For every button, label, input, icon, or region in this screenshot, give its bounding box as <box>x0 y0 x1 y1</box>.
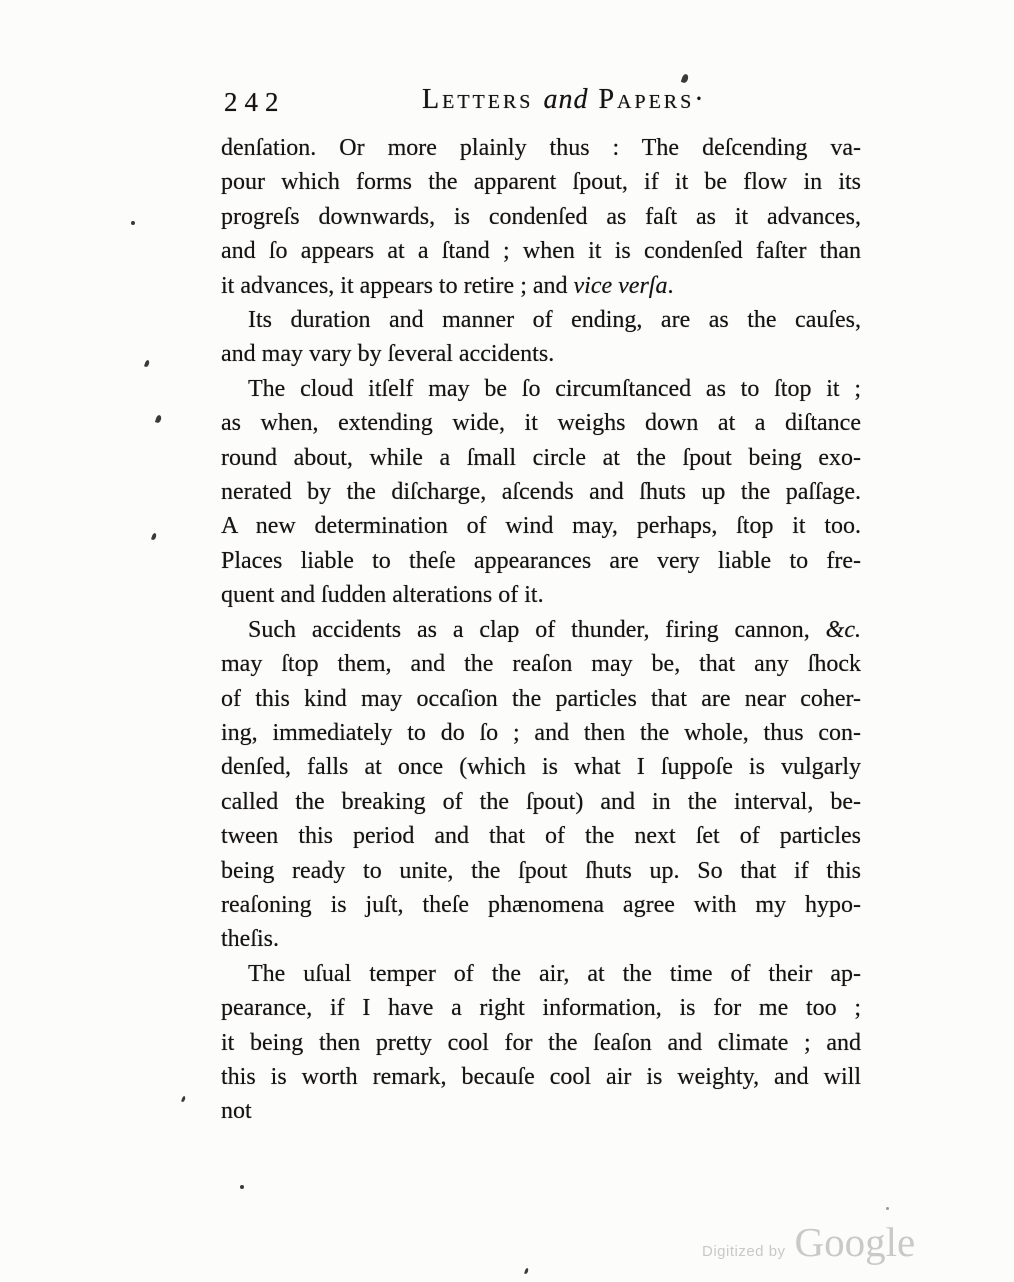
text-segment: ing, immediately to do ſo ; and then the… <box>221 720 861 746</box>
text-segment: may ſtop them, and the reaſon may be, th… <box>221 651 861 677</box>
text-segment: denſed, falls at once (which is what I ſ… <box>221 754 861 780</box>
text-segment: pearance, if I have a right information,… <box>221 995 861 1021</box>
text-line: it advances, it appears to retire ; and … <box>221 269 861 303</box>
text-segment: theſis. <box>221 926 279 952</box>
text-line: A new determination of wind may, perhaps… <box>221 509 861 543</box>
text-line: reaſoning is juſt, theſe phænomena agree… <box>221 888 861 922</box>
text-segment: pour which forms the apparent ſpout, if … <box>221 169 861 195</box>
text-line: and ſo appears at a ſtand ; when it is c… <box>221 234 861 268</box>
text-line: Such accidents as a clap of thunder, fir… <box>221 613 861 647</box>
text-segment: as when, extending wide, it weighs down … <box>221 410 861 436</box>
text-segment: reaſoning is juſt, theſe phænomena agree… <box>221 892 861 918</box>
text-segment: A new determination of wind may, perhaps… <box>221 513 861 539</box>
running-title-and: and <box>543 84 588 115</box>
text-line: it being then pretty cool for the ſeaſon… <box>221 1026 861 1060</box>
text-line: ing, immediately to do ſo ; and then the… <box>221 716 861 750</box>
ink-speck <box>181 1096 186 1103</box>
catchword: not <box>221 1094 861 1128</box>
text-line: round about, while a ſmall circle at the… <box>221 441 861 475</box>
text-segment: nerated by the diſcharge, aſcends and ſh… <box>221 479 861 505</box>
text-line: tween this period and that of the next ſ… <box>221 819 861 853</box>
ink-speck <box>151 533 157 541</box>
text-segment: and ſo appears at a ſtand ; when it is c… <box>221 238 861 264</box>
text-line: theſis. <box>221 922 861 956</box>
ink-speck <box>144 360 150 368</box>
page-number: 242 <box>224 87 286 118</box>
text-segment: it advances, it appears to retire ; and <box>221 273 574 299</box>
text-segment: this is worth remark, becauſe cool air i… <box>221 1064 861 1090</box>
paragraph: Its duration and manner of ending, are a… <box>221 303 861 372</box>
text-segment: progreſs downwards, is condenſed as faſt… <box>221 204 861 230</box>
text-segment: The cloud itſelf may be ſo circumſtanced… <box>248 376 861 402</box>
text-line: this is worth remark, becauſe cool air i… <box>221 1060 861 1094</box>
text-segment: Places liable to theſe appearances are v… <box>221 548 861 574</box>
text-line: of this kind may occaſion the particles … <box>221 682 861 716</box>
text-line: Places liable to theſe appearances are v… <box>221 544 861 578</box>
italic-text: &c. <box>826 617 861 643</box>
running-title: Letters and Papers· <box>422 84 707 116</box>
text-segment: Its duration and manner of ending, are a… <box>248 307 861 333</box>
watermark-prefix: Digitized by <box>702 1243 786 1260</box>
text-segment: being ready to unite, the ſpout ſhuts up… <box>221 858 861 884</box>
text-line: may ſtop them, and the reaſon may be, th… <box>221 647 861 681</box>
ink-speck <box>886 1207 889 1210</box>
text-line: being ready to unite, the ſpout ſhuts up… <box>221 854 861 888</box>
text-segment: Such accidents as a clap of thunder, fir… <box>248 617 826 643</box>
text-line: denſed, falls at once (which is what I ſ… <box>221 750 861 784</box>
text-segment: called the breaking of the ſpout) and in… <box>221 789 861 815</box>
text-segment: tween this period and that of the next ſ… <box>221 823 861 849</box>
ink-speck <box>240 1185 244 1189</box>
italic-text: vice verſa <box>574 273 668 299</box>
paragraph: The uſual temper of the air, at the time… <box>221 957 861 1095</box>
text-segment: denſation. Or more plainly thus : The de… <box>221 135 861 161</box>
text-line: and may vary by ſeveral accidents. <box>221 337 861 371</box>
text-segment: . <box>667 273 673 299</box>
text-line: Its duration and manner of ending, are a… <box>221 303 861 337</box>
text-line: quent and ſudden alterations of it. <box>221 578 861 612</box>
text-segment: it being then pretty cool for the ſeaſon… <box>221 1030 861 1056</box>
text-segment: quent and ſudden alterations of it. <box>221 582 544 608</box>
running-title-letters: Letters <box>422 84 543 115</box>
text-line: pearance, if I have a right information,… <box>221 991 861 1025</box>
text-body: denſation. Or more plainly thus : The de… <box>221 131 861 1129</box>
text-segment: The uſual temper of the air, at the time… <box>248 961 861 987</box>
text-line: pour which forms the apparent ſpout, if … <box>221 165 861 199</box>
ink-speck <box>681 73 689 83</box>
text-line: The cloud itſelf may be ſo circumſtanced… <box>221 372 861 406</box>
text-segment: of this kind may occaſion the particles … <box>221 686 861 712</box>
google-logo: Google <box>795 1218 916 1266</box>
text-line: The uſual temper of the air, at the time… <box>221 957 861 991</box>
text-line: nerated by the diſcharge, aſcends and ſh… <box>221 475 861 509</box>
digitization-watermark: Digitized by Google <box>702 1218 922 1266</box>
paragraph: The cloud itſelf may be ſo circumſtanced… <box>221 372 861 613</box>
ink-speck <box>131 221 135 225</box>
text-line: progreſs downwards, is condenſed as faſt… <box>221 200 861 234</box>
ink-speck <box>524 1268 529 1275</box>
text-line: as when, extending wide, it weighs down … <box>221 406 861 440</box>
running-title-papers: Papers· <box>588 84 706 115</box>
text-line: called the breaking of the ſpout) and in… <box>221 785 861 819</box>
text-segment: round about, while a ſmall circle at the… <box>221 445 861 471</box>
paragraph: denſation. Or more plainly thus : The de… <box>221 131 861 303</box>
ink-speck <box>155 414 162 423</box>
text-line: denſation. Or more plainly thus : The de… <box>221 131 861 165</box>
paragraph: Such accidents as a clap of thunder, fir… <box>221 613 861 957</box>
text-segment: and may vary by ſeveral accidents. <box>221 341 554 367</box>
page-header: 242 Letters and Papers· <box>222 84 862 122</box>
